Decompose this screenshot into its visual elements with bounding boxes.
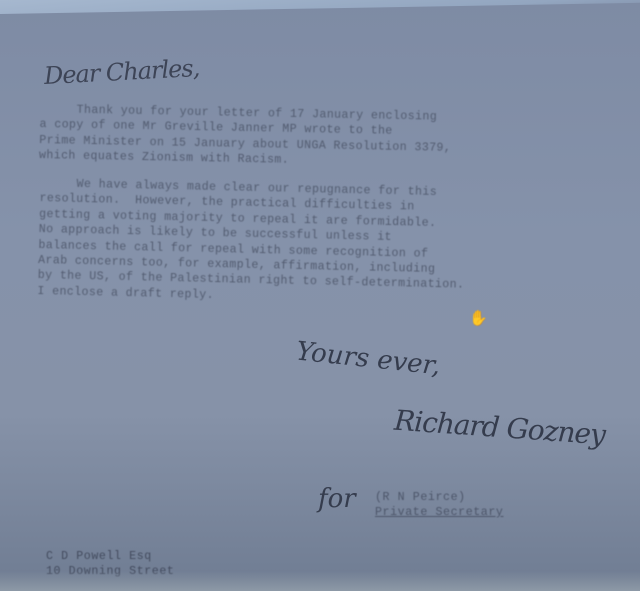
paragraph-2: We have always made clear our repugnance…	[37, 176, 466, 309]
handwritten-closing: Yours ever,	[295, 337, 442, 382]
handwritten-signature: Richard Gozney	[393, 404, 606, 452]
hand-pointer-icon: ✋	[469, 312, 481, 328]
sender-name: (R N Peirce)	[375, 491, 466, 504]
scanned-letter-page: Dear Charles, Thank you for your letter …	[0, 6, 640, 591]
handwritten-salutation: Dear Charles,	[43, 54, 200, 90]
recipient-name: C D Powell Esq	[46, 549, 174, 564]
paragraph-1: Thank you for your letter of 17 January …	[39, 102, 452, 172]
sender-title: Private Secretary	[375, 505, 503, 520]
monitor-bottom-edge	[0, 571, 640, 591]
sender-block: (R N Peirce) Private Secretary	[375, 490, 503, 520]
handwritten-for-mark: for	[318, 484, 356, 514]
